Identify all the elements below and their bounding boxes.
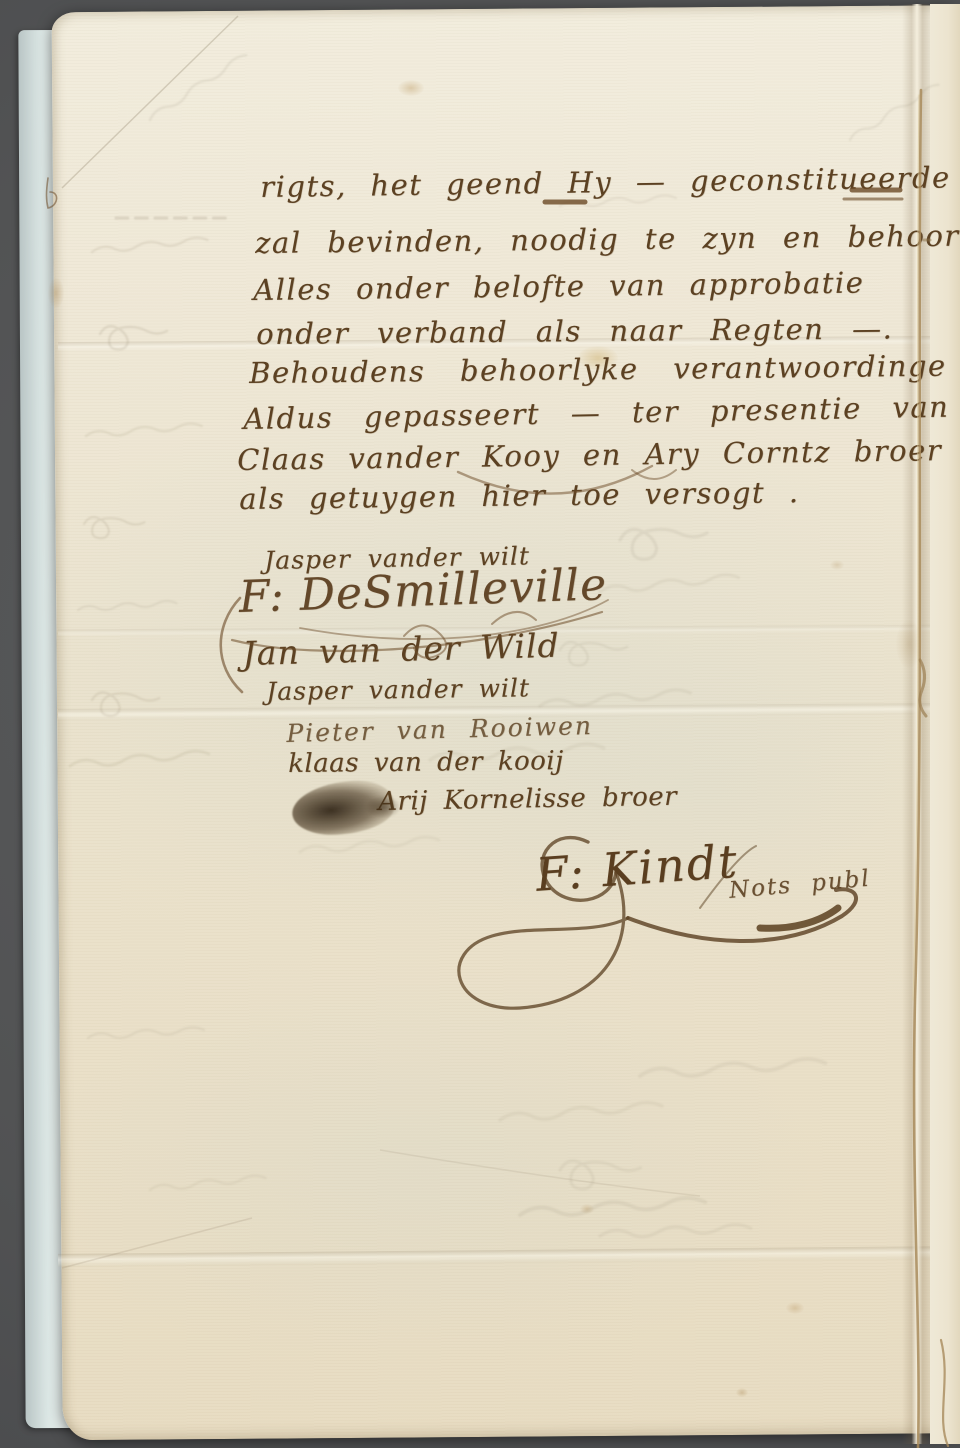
- manuscript-line: zal bevinden, noodig te zyn en behoords,: [255, 218, 960, 260]
- ink-blot: [366, 796, 400, 818]
- signature: Arij Kornelisse broer: [378, 782, 677, 817]
- manuscript-line: als getuygen hier toe versogt .: [239, 475, 800, 516]
- signature: Jasper vander wilt: [266, 673, 530, 706]
- manuscript-line: onder verband als naar Regten —.: [256, 311, 893, 351]
- signature: klaas van der kooij: [288, 746, 564, 779]
- scan-viewport: rigts, het geend Hy — geconstitueerde ——…: [0, 0, 960, 1448]
- signature: Jan van der Wild: [242, 626, 560, 673]
